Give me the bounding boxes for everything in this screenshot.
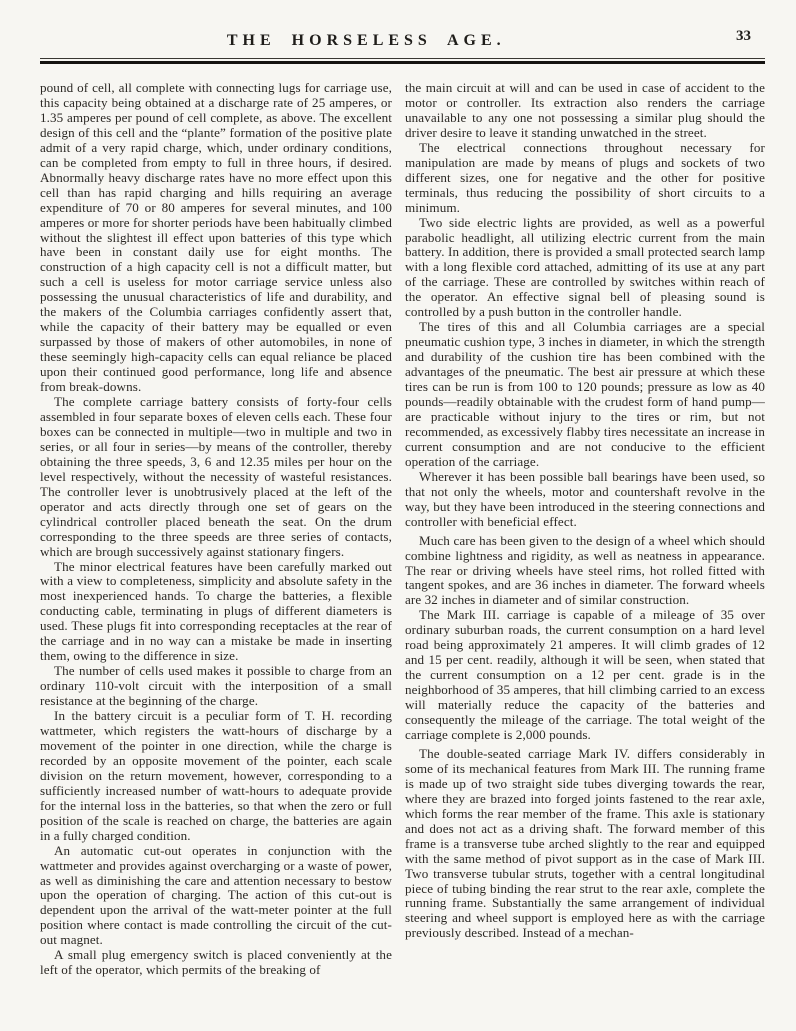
- paragraph: Much care has been given to the design o…: [405, 534, 765, 609]
- page-number: 33: [736, 28, 751, 45]
- paragraph: Wherever it has been possible ball beari…: [405, 470, 765, 530]
- page-header: THE HORSELESS AGE. 33: [40, 24, 765, 56]
- paragraph: An automatic cut-out operates in conjunc…: [40, 844, 392, 949]
- paragraph: In the battery circuit is a peculiar for…: [40, 709, 392, 844]
- paragraph: The Mark III. carriage is capable of a m…: [405, 608, 765, 743]
- paragraph: The electrical connections throughout ne…: [405, 141, 765, 216]
- left-column: pound of cell, all complete with connect…: [40, 81, 392, 978]
- paragraph: pound of cell, all complete with connect…: [40, 81, 392, 395]
- header-rule: [40, 58, 765, 64]
- paragraph: The minor electrical features have been …: [40, 560, 392, 665]
- publication-title: THE HORSELESS AGE.: [227, 32, 506, 50]
- paragraph: the main circuit at will and can be used…: [405, 81, 765, 141]
- paragraph: The double-seated carriage Mark IV. diff…: [405, 747, 765, 941]
- paragraph: The tires of this and all Columbia carri…: [405, 320, 765, 470]
- paragraph: The number of cells used makes it possib…: [40, 664, 392, 709]
- paragraph: Two side electric lights are provided, a…: [405, 216, 765, 321]
- paragraph: The complete carriage battery consists o…: [40, 395, 392, 559]
- magazine-page: THE HORSELESS AGE. 33 pound of cell, all…: [0, 0, 796, 1031]
- right-column: the main circuit at will and can be used…: [405, 81, 765, 978]
- article-body: pound of cell, all complete with connect…: [40, 81, 765, 978]
- paragraph: A small plug emergency switch is placed …: [40, 948, 392, 978]
